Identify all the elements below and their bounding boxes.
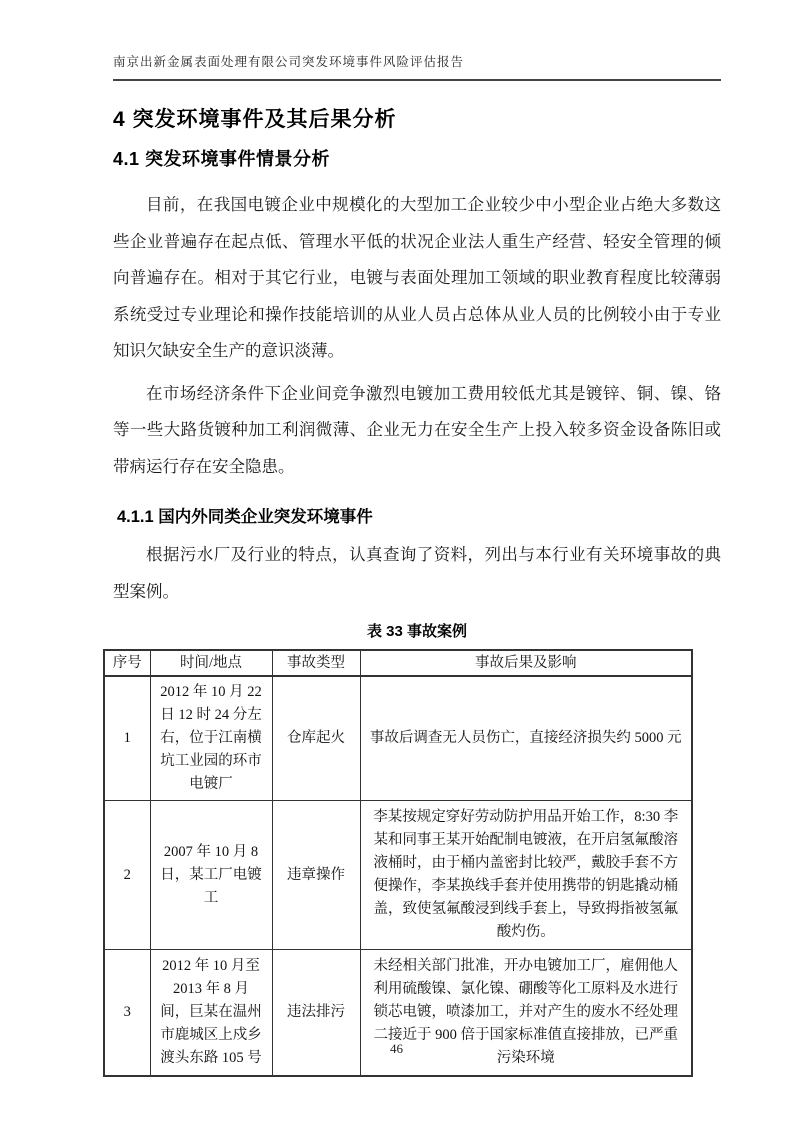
cell-consequence: 事故后调查无人员伤亡，直接经济损失约 5000 元: [360, 676, 692, 801]
col-header-type: 事故类型: [272, 650, 360, 676]
cell-type: 违章操作: [272, 801, 360, 950]
cell-consequence: 未经相关部门批准，开办电镀加工厂，雇佣他人利用硫酸镍、氯化镍、硼酸等化工原料及水…: [360, 950, 692, 1077]
cell-no: 2: [104, 801, 150, 950]
paragraph-1: 目前，在我国电镀企业中规模化的大型加工企业较少中小型企业占绝大多数这些企业普遍存…: [113, 187, 721, 370]
subsubsection-heading: 4.1.1 国内外同类企业突发环境事件: [117, 503, 721, 527]
table-header-row: 序号 时间/地点 事故类型 事故后果及影响: [104, 650, 692, 676]
cell-time-place: 2012 年 10 月至 2013 年 8 月间，巨某在温州市鹿城区上戍乡渡头东…: [150, 950, 272, 1077]
col-header-no: 序号: [104, 650, 150, 676]
table-caption: 表 33 事故案例: [113, 620, 721, 641]
subsection-heading: 4.1 突发环境事件情景分析: [113, 145, 721, 171]
col-header-consequence: 事故后果及影响: [360, 650, 692, 676]
col-header-time-place: 时间/地点: [150, 650, 272, 676]
table-row: 3 2012 年 10 月至 2013 年 8 月间，巨某在温州市鹿城区上戍乡渡…: [104, 950, 692, 1077]
cell-type: 违法排污: [272, 950, 360, 1077]
cell-time-place: 2007 年 10 月 8 日，某工厂电镀工: [150, 801, 272, 950]
cell-no: 1: [104, 676, 150, 801]
cell-no: 3: [104, 950, 150, 1077]
cell-time-place: 2012 年 10 月 22 日 12 时 24 分左右，位于江南横坑工业园的环…: [150, 676, 272, 801]
table-row: 2 2007 年 10 月 8 日，某工厂电镀工 违章操作 李某按规定穿好劳动防…: [104, 801, 692, 950]
paragraph-2: 在市场经济条件下企业间竞争激烈电镀加工费用较低尤其是镀锌、铜、镍、铬等一些大路货…: [113, 376, 721, 486]
document-page: 南京出新金属表面处理有限公司突发环境事件风险评估报告 4 突发环境事件及其后果分…: [0, 0, 793, 1122]
page-number: 46: [0, 1041, 793, 1057]
cell-type: 仓库起火: [272, 676, 360, 801]
accident-case-table: 序号 时间/地点 事故类型 事故后果及影响 1 2012 年 10 月 22 日…: [103, 649, 693, 1077]
running-header: 南京出新金属表面处理有限公司突发环境事件风险评估报告: [113, 52, 721, 81]
section-heading: 4 突发环境事件及其后果分析: [113, 103, 721, 133]
table-row: 1 2012 年 10 月 22 日 12 时 24 分左右，位于江南横坑工业园…: [104, 676, 692, 801]
cell-consequence: 李某按规定穿好劳动防护用品开始工作，8:30 李某和同事王某开始配制电镀液，在开…: [360, 801, 692, 950]
paragraph-3: 根据污水厂及行业的特点，认真查询了资料，列出与本行业有关环境事故的典型案例。: [113, 537, 721, 610]
